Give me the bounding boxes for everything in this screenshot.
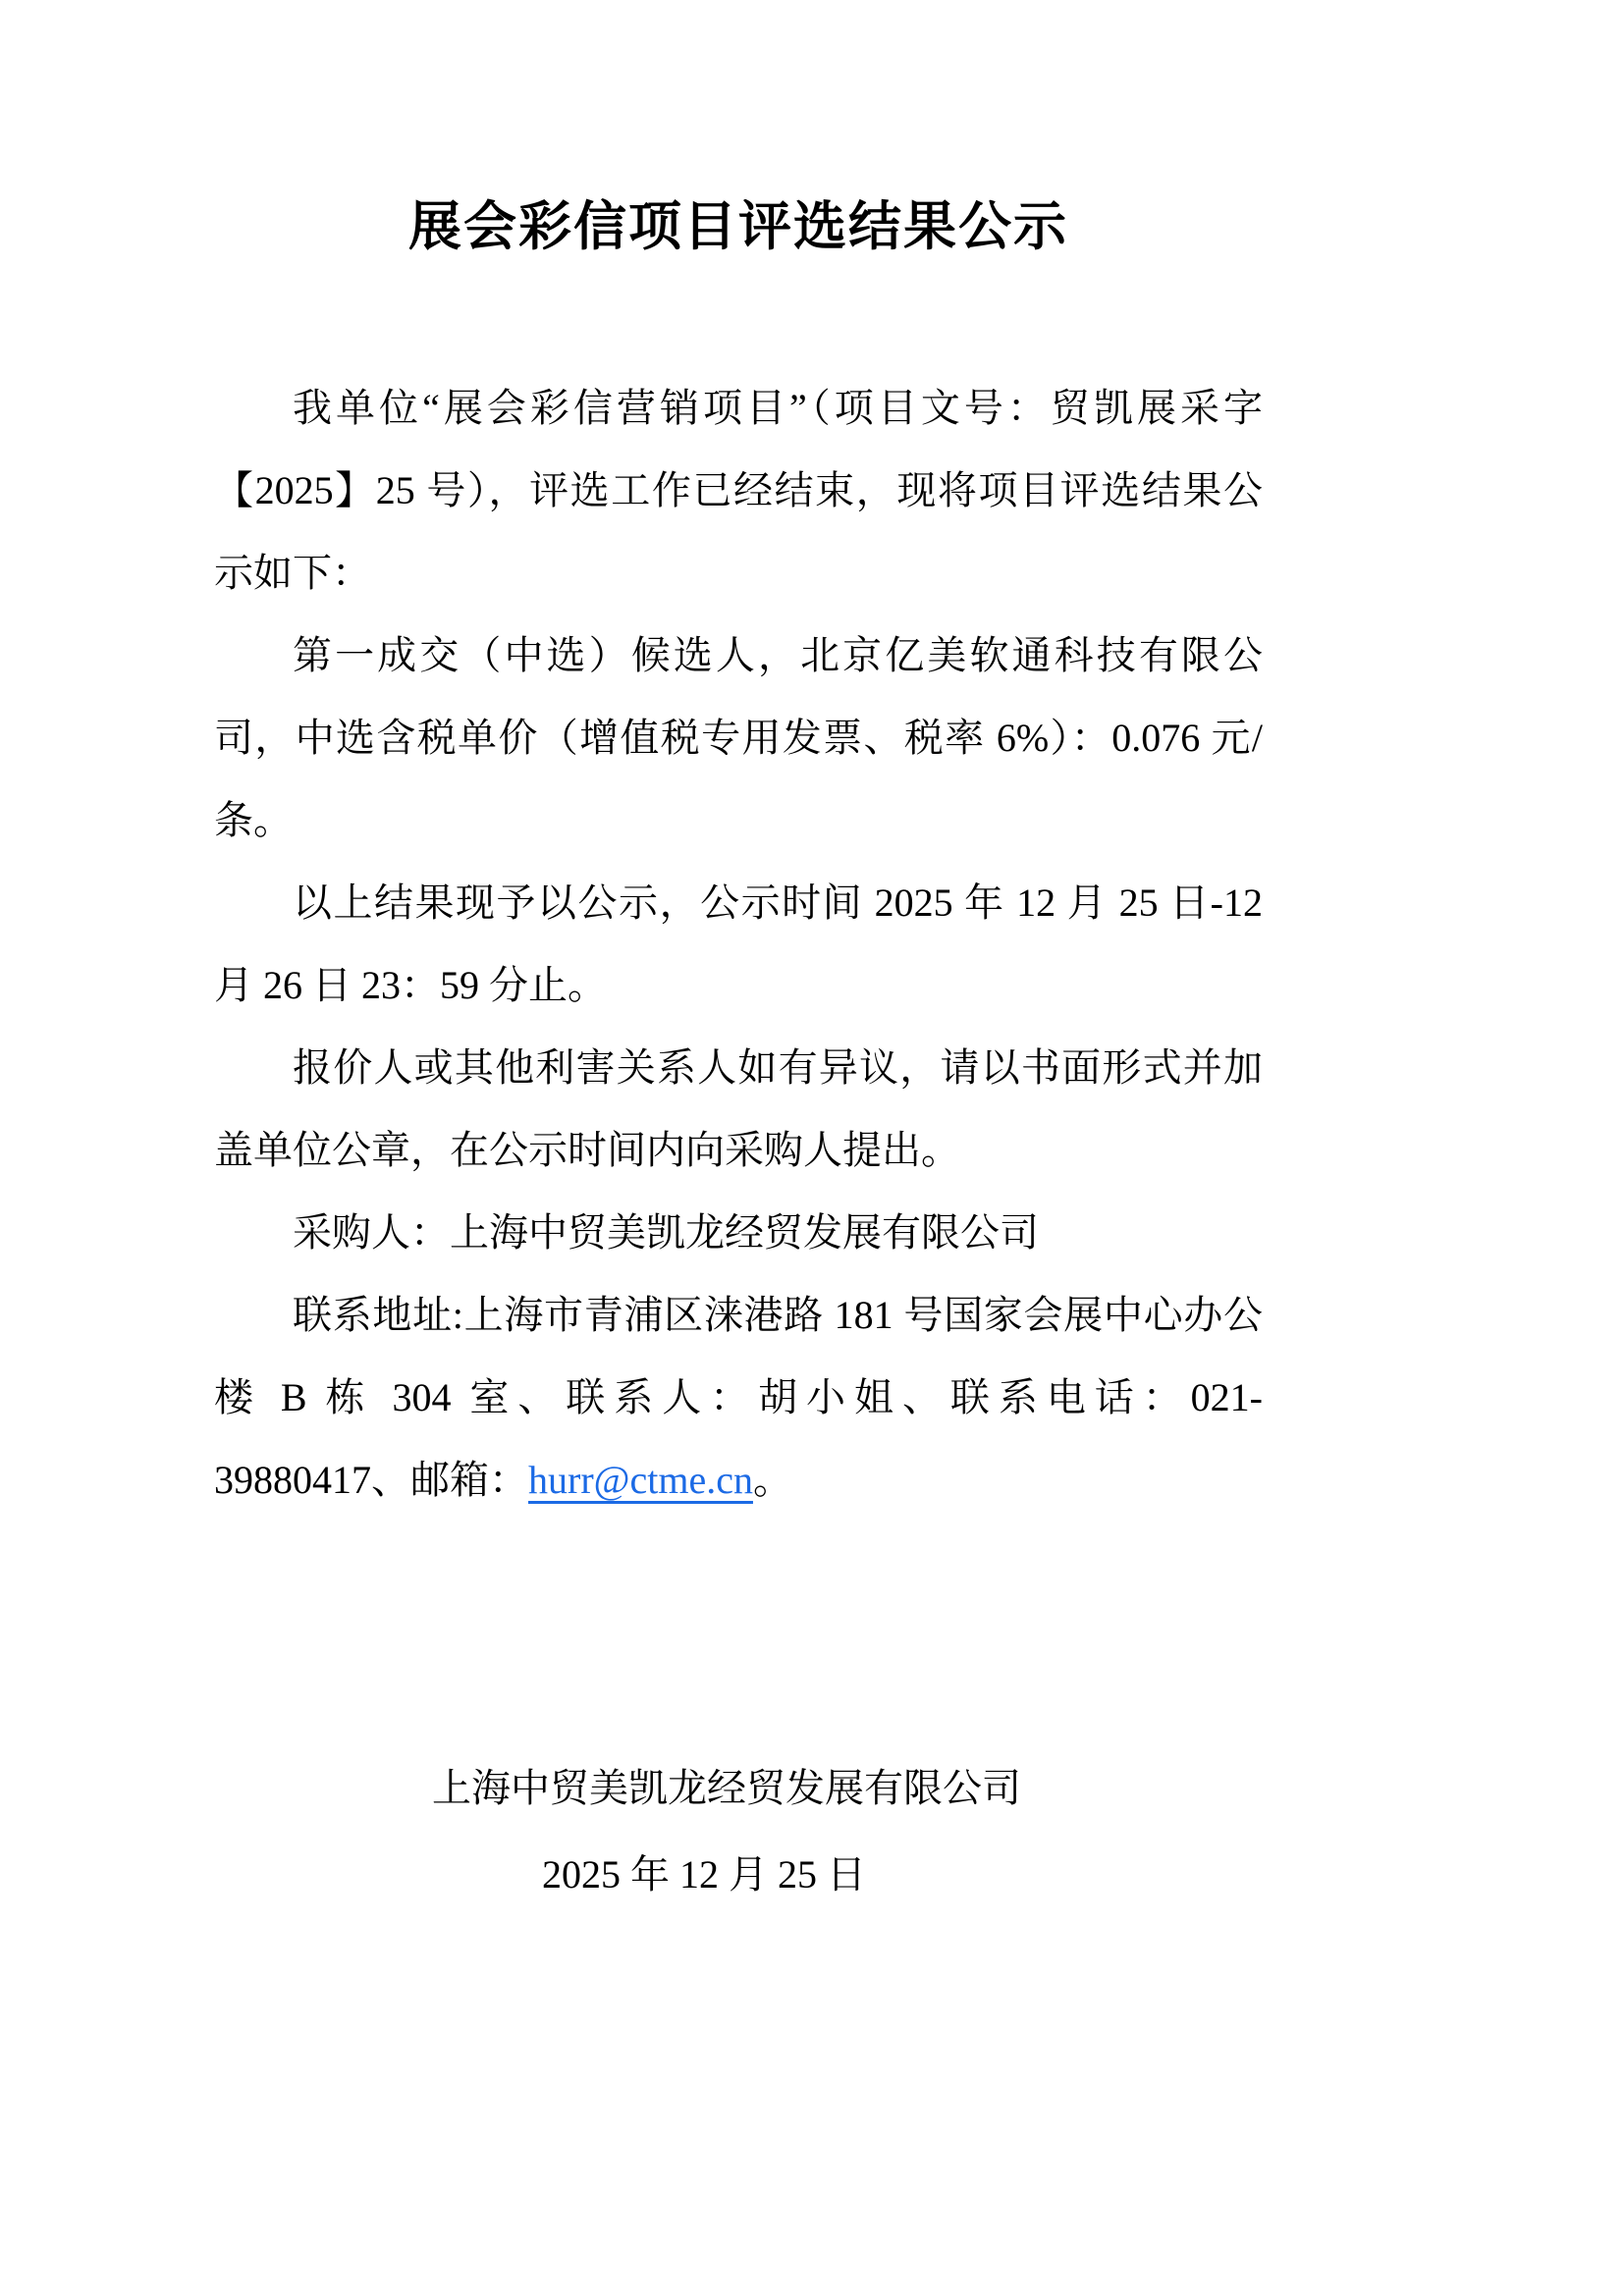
signature-block: 上海中贸美凯龙经贸发展有限公司 2025 年 12 月 25 日 <box>214 1745 1263 1918</box>
document-body: 我单位“展会彩信营销项目”（项目文号：贸凯展采字【2025】25 号），评选工作… <box>214 367 1263 1522</box>
signature-date: 2025 年 12 月 25 日 <box>542 1832 1263 1918</box>
document-page: 展会彩信项目评选结果公示 我单位“展会彩信营销项目”（项目文号：贸凯展采字【20… <box>0 0 1624 2296</box>
paragraph-publicity-period: 以上结果现予以公示，公示时间 2025 年 12 月 25 日-12 月 26 … <box>214 862 1263 1027</box>
contact-text-after-email: 。 <box>753 1458 792 1502</box>
paragraph-purchaser: 采购人：上海中贸美凯龙经贸发展有限公司 <box>214 1192 1263 1274</box>
paragraph-contact: 联系地址:上海市青浦区涞港路 181 号国家会展中心办公楼 B 栋 304 室、… <box>214 1274 1263 1522</box>
document-content: 展会彩信项目评选结果公示 我单位“展会彩信营销项目”（项目文号：贸凯展采字【20… <box>214 0 1263 1918</box>
email-link[interactable]: hurr@ctme.cn <box>528 1458 753 1502</box>
signature-company: 上海中贸美凯龙经贸发展有限公司 <box>432 1745 1263 1832</box>
page-title: 展会彩信项目评选结果公示 <box>214 192 1263 261</box>
paragraph-intro: 我单位“展会彩信营销项目”（项目文号：贸凯展采字【2025】25 号），评选工作… <box>214 367 1263 614</box>
paragraph-winner: 第一成交（中选）候选人，北京亿美软通科技有限公司，中选含税单价（增值税专用发票、… <box>214 614 1263 862</box>
paragraph-objection: 报价人或其他利害关系人如有异议，请以书面形式并加盖单位公章，在公示时间内向采购人… <box>214 1027 1263 1192</box>
